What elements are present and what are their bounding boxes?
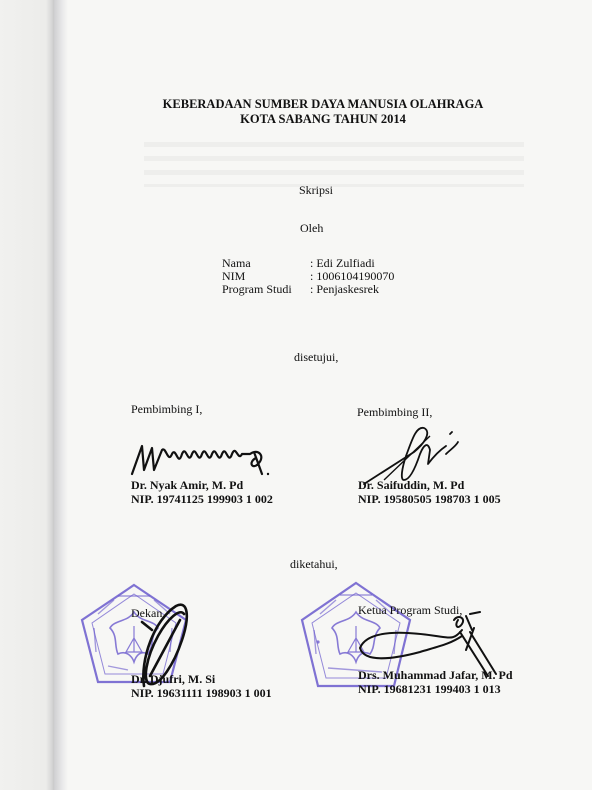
student-program-row: Program Studi : Penjaskesrek <box>222 283 394 296</box>
program-head-role: Ketua Program Studi, <box>358 603 462 618</box>
advisor-2-role: Pembimbing II, <box>357 405 432 420</box>
dean-nip: NIP. 19631111 198903 1 001 <box>131 686 272 700</box>
bleed-through-decoration <box>144 142 524 187</box>
dean-role: Dekan, <box>131 606 165 621</box>
document-type: Skripsi <box>299 183 333 198</box>
advisor-2-details: Dr. Saifuddin, M. Pd NIP. 19580505 19870… <box>358 478 501 506</box>
advisor-2-nip: NIP. 19580505 198703 1 005 <box>358 492 501 506</box>
program-label: Program Studi <box>222 283 310 296</box>
title-line-2: KOTA SABANG TAHUN 2014 <box>54 112 592 127</box>
program-value: : Penjaskesrek <box>310 283 379 296</box>
advisor-1-signature <box>128 440 288 480</box>
dean-name: Dr. Djufri, M. Si <box>131 672 272 686</box>
by-label: Oleh <box>300 221 323 236</box>
dean-details: Dr. Djufri, M. Si NIP. 19631111 198903 1… <box>131 672 272 700</box>
program-head-details: Drs. Muhammad Jafar, M. Pd NIP. 19681231… <box>358 668 513 696</box>
advisor-1-nip: NIP. 19741125 199903 1 002 <box>131 492 273 506</box>
document-page: KEBERADAAN SUMBER DAYA MANUSIA OLAHRAGA … <box>54 0 592 790</box>
advisor-1-role: Pembimbing I, <box>131 402 202 417</box>
title-line-1: KEBERADAAN SUMBER DAYA MANUSIA OLAHRAGA <box>54 97 592 112</box>
approved-label: disetujui, <box>294 350 338 365</box>
advisor-1-details: Dr. Nyak Amir, M. Pd NIP. 19741125 19990… <box>131 478 273 506</box>
advisor-2-name: Dr. Saifuddin, M. Pd <box>358 478 501 492</box>
program-head-nip: NIP. 19681231 199403 1 013 <box>358 682 513 696</box>
advisor-1-name: Dr. Nyak Amir, M. Pd <box>131 478 273 492</box>
document-title: KEBERADAAN SUMBER DAYA MANUSIA OLAHRAGA … <box>54 97 592 127</box>
student-info: Nama : Edi Zulfiadi NIM : 1006104190070 … <box>222 257 394 296</box>
program-head-name: Drs. Muhammad Jafar, M. Pd <box>358 668 513 682</box>
binding-strip <box>0 0 54 790</box>
acknowledged-label: diketahui, <box>290 557 338 572</box>
